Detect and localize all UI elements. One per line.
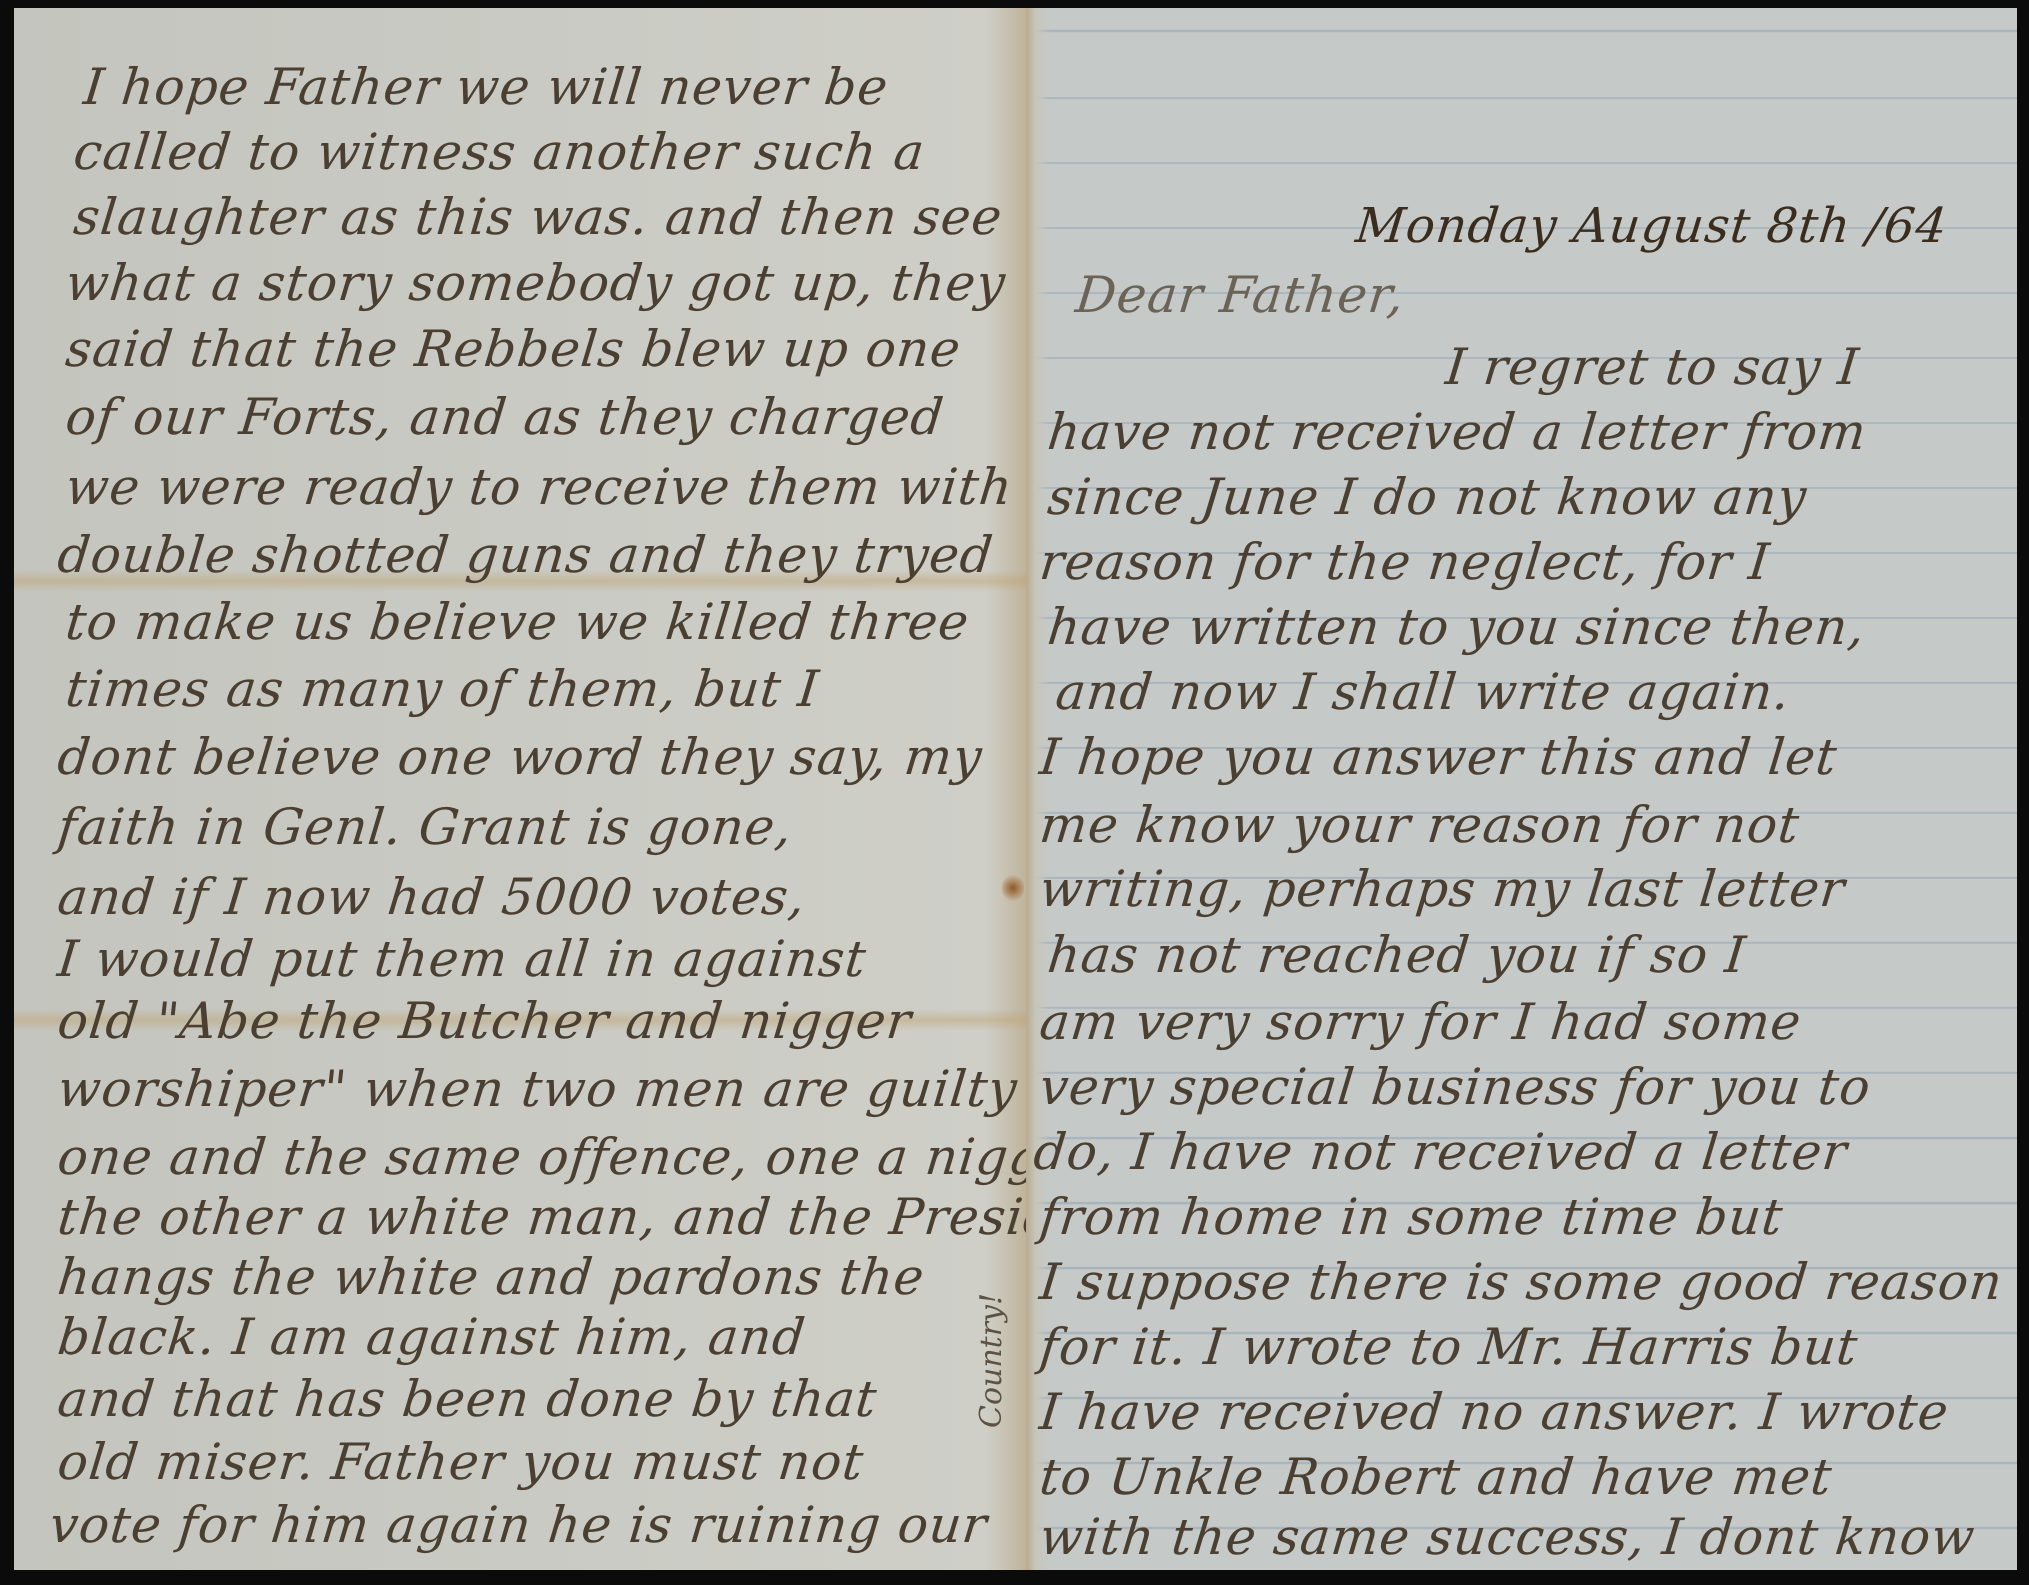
letter-line: black. I am against him, and <box>55 1308 809 1366</box>
margin-note: Country! <box>974 1293 1009 1428</box>
letter-line: since June I do not know any <box>1045 468 1810 526</box>
letter-line: double shotted guns and they tryed <box>55 526 996 584</box>
letter-line: has not reached you if so I <box>1045 926 1749 984</box>
letter-line: I hope you answer this and let <box>1037 728 1840 786</box>
letter-line: me know your reason for not <box>1037 796 1803 854</box>
letter-line: reason for the neglect, for I <box>1037 533 1773 591</box>
letter-line: I have received no answer. I wrote <box>1037 1383 1952 1441</box>
letter-line: worshiper" when two men are guilty of <box>55 1060 1088 1118</box>
letter-line: I hope Father we will never be <box>81 58 891 116</box>
letter-line: said that the Rebbels blew up one <box>63 320 964 378</box>
letter-line: called to witness another such a <box>71 123 928 181</box>
letter-line: one and the same offence, one a nigger <box>55 1128 1100 1186</box>
letter-line: very special business for you to <box>1037 1058 1874 1116</box>
letter-line: the other a white man, and the President <box>55 1188 1145 1246</box>
letter-line: to Unkle Robert and have met <box>1037 1448 1835 1506</box>
letter-line: writing, perhaps my last letter <box>1037 860 1848 918</box>
letter-line: from home in some time but <box>1037 1188 1786 1246</box>
letter-line: I would put them all in against <box>55 930 869 988</box>
letter-line: with the same success, I dont know <box>1037 1508 1978 1566</box>
letter-line: and that has been done by that <box>55 1370 880 1428</box>
letter-line: vote for him again he is ruining our <box>47 1496 990 1554</box>
letter-line: times as many of them, but I <box>63 660 822 718</box>
letter-line: have written to you since then, <box>1045 598 1868 656</box>
letter-line: for it. I wrote to Mr. Harris but <box>1037 1318 1861 1376</box>
letter-line: hangs the white and pardons the <box>55 1248 928 1306</box>
letter-line: to make us believe we killed three <box>63 593 972 651</box>
letter-line: old miser. Father you must not <box>55 1433 867 1491</box>
letter-line: what a story somebody got up, they <box>63 254 1009 312</box>
letter-line: faith in Genl. Grant is gone, <box>55 798 795 856</box>
right-page: Monday August 8th /64 Dear Father, I reg… <box>1026 8 2017 1570</box>
left-page: I hope Father we will never be called to… <box>14 8 1026 1570</box>
letter-line: have not received a letter from <box>1045 403 1870 461</box>
letter-sheet: I hope Father we will never be called to… <box>14 8 2017 1570</box>
letter-date: Monday August 8th /64 <box>1353 198 1950 254</box>
letter-line: and now I shall write again. <box>1053 663 1793 721</box>
letter-line: old "Abe the Butcher and nigger <box>55 992 915 1050</box>
letter-line: of our Forts, and as they charged <box>63 388 947 446</box>
letter-line: and if I now had 5000 votes, <box>55 868 809 926</box>
letter-line: dont believe one word they say, my <box>55 728 985 786</box>
ink-stain <box>1002 874 1024 902</box>
letter-line: slaughter as this was. and then see <box>71 188 1005 246</box>
letter-line: I regret to say I <box>1443 338 1862 396</box>
letter-line: I suppose there is some good reason <box>1037 1253 2006 1311</box>
letter-line: am very sorry for I had some <box>1037 993 1805 1051</box>
letter-salutation: Dear Father, <box>1073 266 1408 324</box>
letter-line: we were ready to receive them with <box>63 458 1016 516</box>
letter-line: do, I have not received a letter <box>1031 1123 1850 1181</box>
